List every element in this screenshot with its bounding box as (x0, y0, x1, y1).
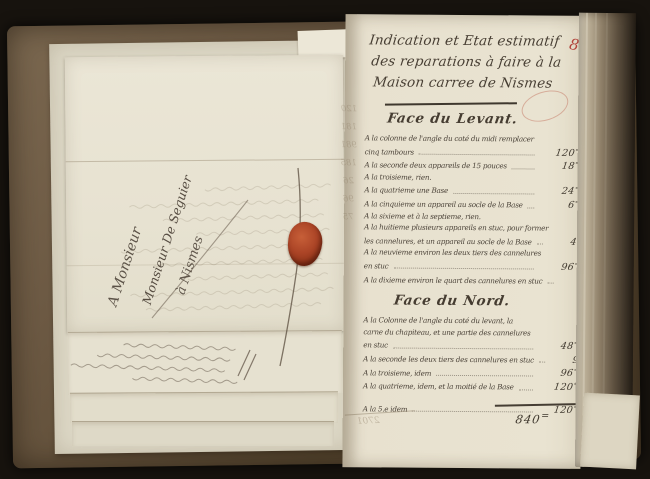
title-underline (385, 102, 517, 105)
entry-amount: 24= (537, 184, 579, 198)
showthrough-digit: 26 (335, 172, 361, 190)
estimate-entry: A la neuvieme environ les deux tiers des… (364, 247, 578, 274)
entry-line: carne du chapiteau, et une partie des ca… (363, 326, 577, 339)
book-photograph: A Monsieur Monsieur De Seguier à Nismes … (0, 0, 650, 479)
showthrough-digit: 185 (335, 154, 361, 172)
entry-line: A la huitieme plusieurs appareils en stu… (364, 221, 578, 234)
estimate-entry: A la troisieme, idem96= (363, 365, 577, 380)
bottom-right-page-corner (580, 393, 640, 470)
letter-fold-band (70, 391, 338, 423)
entry-text: A la huitieme plusieurs appareils en stu… (364, 221, 548, 234)
entry-amount: 96= (537, 259, 579, 273)
entry-text: A la quatrieme, idem, et la moitié de la… (363, 381, 514, 394)
entry-line: cinq tambours120= (365, 144, 579, 159)
entry-text: en stuc (364, 260, 389, 272)
entry-text: A la dixieme environ le quart des cannel… (364, 274, 543, 287)
letter-fold-band (68, 330, 342, 395)
dotted-leader (453, 193, 534, 195)
section-heading: Face du Nord. (392, 293, 579, 316)
dotted-leader (519, 389, 533, 390)
manuscript-page: Indication et Etat estimatif des reparat… (342, 14, 583, 469)
entry-text: carne du chapiteau, et une partie des ca… (363, 326, 530, 339)
entry-line: A la seconde deux appareils de 15 pouces… (364, 157, 578, 172)
showthrough-digit: 120 (336, 100, 362, 118)
showthrough-digit: 181 (336, 118, 362, 136)
dotted-leader (419, 154, 535, 156)
entry-text: A la troisieme, rien. (364, 171, 431, 183)
dotted-leader (512, 168, 535, 169)
entry-amount: 18= (538, 159, 580, 173)
letter-fold-band (72, 421, 334, 446)
showthrough-digit: 96 (335, 190, 361, 208)
showthrough-digit: 75 (335, 208, 361, 226)
entry-text: cinq tambours (365, 146, 414, 158)
entry-line: A la troisieme, rien. (364, 171, 578, 184)
estimate-entry: A la colonne de l'angle du coté du midi … (365, 132, 579, 159)
entry-text: A la neuvieme environ les deux tiers des… (364, 247, 541, 260)
estimate-entry: A la dixieme environ le quart des cannel… (364, 272, 578, 287)
dotted-leader (537, 244, 543, 245)
margin-showthrough-numbers: 120181981185269675 (335, 100, 362, 226)
section-heading: Face du Levant. (385, 110, 580, 133)
entry-amount: 48= (536, 339, 578, 353)
title-line: des reparations à faire à la (370, 51, 578, 73)
entry-amount: 120= (536, 380, 578, 394)
dotted-leader (547, 283, 553, 284)
entry-amount: 6= (537, 198, 579, 212)
total-amount: 840= (502, 410, 564, 426)
entry-text: A la quatrieme une Base (364, 185, 448, 197)
entry-text: A la seconde les deux tiers des cannelur… (363, 353, 534, 366)
estimate-entry: A la troisieme, rien. (364, 171, 578, 184)
entry-line: A la dixieme environ le quart des cannel… (364, 272, 578, 287)
estimate-entry: A la quatrieme une Base24= (364, 183, 578, 198)
entry-amount: 96= (536, 366, 578, 380)
entry-text: en stuc (363, 340, 388, 352)
dotted-leader (436, 375, 533, 377)
entry-line: A la cinquieme un appareil au socle de l… (364, 196, 578, 211)
estimate-entry: A la quatrieme, idem, et la moitié de la… (363, 378, 577, 393)
entry-line: en stuc96= (364, 258, 578, 273)
dotted-leader (528, 207, 535, 208)
dotted-leader (539, 362, 545, 363)
estimate-entry: A la seconde les deux tiers des cannelur… (363, 351, 577, 366)
dotted-leader (393, 268, 533, 270)
estimate-entry: A la huitieme plusieurs appareils en stu… (364, 221, 578, 248)
document-title: Indication et Etat estimatif des reparat… (369, 30, 577, 94)
entry-line: A la neuvieme environ les deux tiers des… (364, 247, 578, 260)
entry-line: A la quatrieme, idem, et la moitié de la… (363, 378, 577, 393)
entry-line: A la seconde les deux tiers des cannelur… (363, 351, 577, 366)
estimate-entry: A la cinquieme un appareil au socle de l… (364, 196, 578, 211)
entry-line: A la quatrieme une Base24= (364, 183, 578, 198)
entry-text: A la troisieme, idem (363, 367, 431, 379)
entry-line: A la colonne de l'angle du coté du midi … (365, 132, 579, 145)
showthrough-digit: 981 (336, 136, 362, 154)
title-line: Indication et Etat estimatif (368, 30, 578, 52)
showthrough-number: 2701 (357, 416, 380, 427)
entry-line: en stuc48= (363, 337, 577, 352)
entry-text: A la colonne de l'angle du coté du midi … (365, 132, 534, 145)
entry-text: A la seconde deux appareils de 15 pouces (364, 160, 506, 172)
estimate-entries: Face du Levant.A la colonne de l'angle d… (363, 110, 579, 416)
dotted-leader (393, 347, 533, 349)
entry-line: A la troisieme, idem96= (363, 365, 577, 380)
entry-line: les cannelures, et un appareil au socle … (364, 233, 578, 248)
estimate-entry: A la seconde deux appareils de 15 pouces… (364, 157, 578, 172)
entry-amount: 120= (538, 145, 580, 159)
estimate-entry: A la Colonne de l'angle du coté du levan… (363, 314, 577, 352)
entry-text: A la sixieme et à la septieme, rien. (364, 210, 481, 222)
